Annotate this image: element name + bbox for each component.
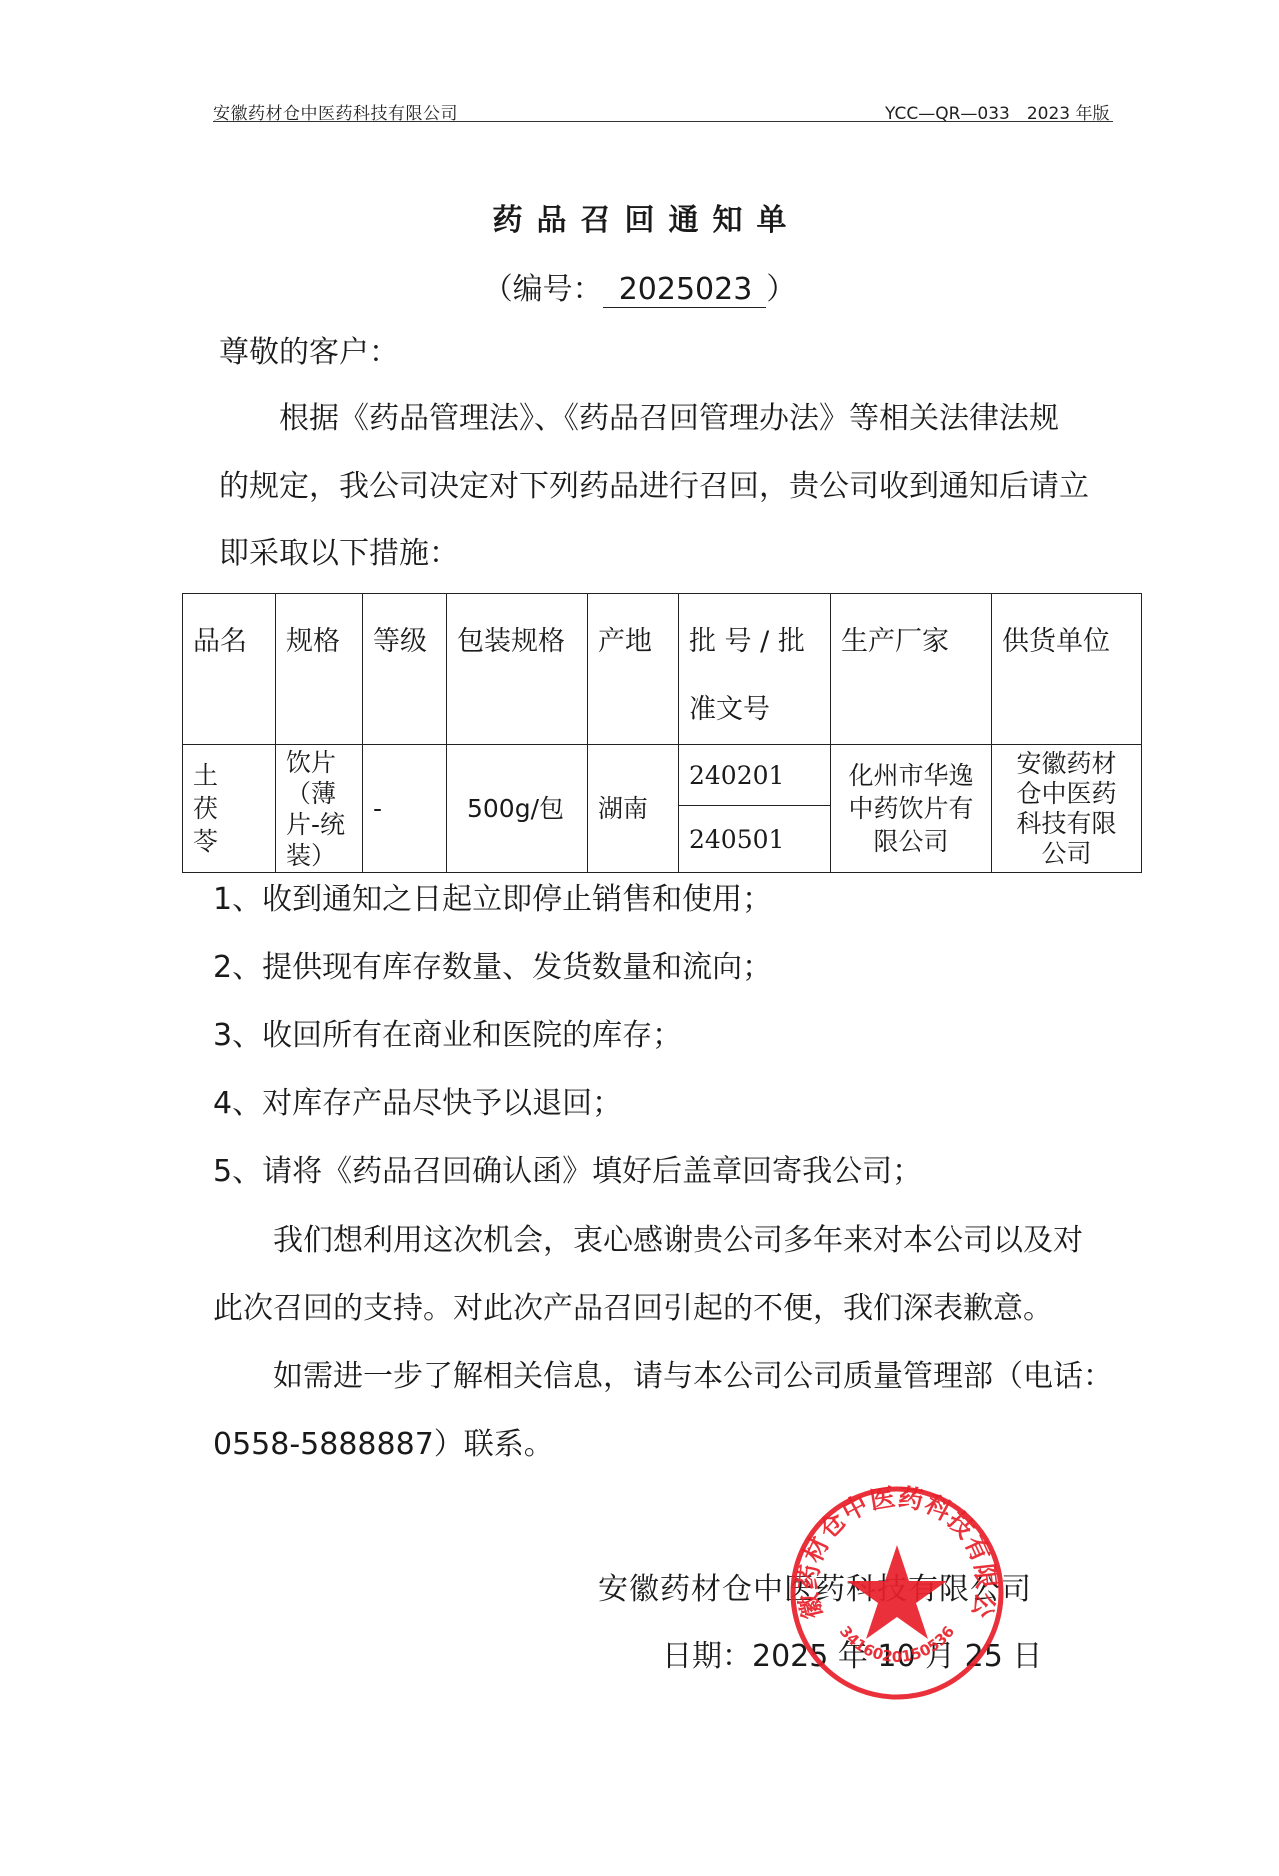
cell-package: 500g/包 xyxy=(447,745,588,873)
intro-line-3: 即采取以下措施： xyxy=(219,537,459,571)
cell-name: 土茯苓 xyxy=(183,745,276,873)
cell-batch-1: 240201 xyxy=(679,745,831,806)
header-batch: 批 号 / 批 准文号 xyxy=(679,594,831,745)
number-suffix: ） xyxy=(766,272,796,307)
header-origin: 产地 xyxy=(588,594,679,745)
intro-line-1: 根据《药品管理法》、《药品召回管理办法》等相关法律法规 xyxy=(219,402,1059,436)
cell-spec: 饮片（薄片-统装） xyxy=(276,745,363,873)
header-manufacturer: 生产厂家 xyxy=(831,594,992,745)
cell-origin: 湖南 xyxy=(588,745,679,873)
measure-3: 3、收回所有在商业和医院的库存； xyxy=(213,1019,682,1053)
closing-line-3: 如需进一步了解相关信息，请与本公司公司质量管理部（电话： xyxy=(213,1360,1113,1394)
seal-code: 3416020150536 xyxy=(836,1623,958,1666)
salutation: 尊敬的客户： xyxy=(219,336,399,370)
cell-grade: - xyxy=(363,745,447,873)
table-row: 土茯苓 饮片（薄片-统装） - 500g/包 湖南 240201 化州市华逸中药… xyxy=(183,745,1142,806)
svg-text:3416020150536: 3416020150536 xyxy=(836,1623,958,1666)
measure-2: 2、提供现有库存数量、发货数量和流向； xyxy=(213,951,772,985)
closing-line-1: 我们想利用这次机会，衷心感谢贵公司多年来对本公司以及对 xyxy=(213,1224,1083,1258)
header-spec: 规格 xyxy=(276,594,363,745)
closing-line-4: 0558-5888887）联系。 xyxy=(213,1428,554,1462)
header-rule xyxy=(213,121,1113,122)
document-title: 药品召回通知单 xyxy=(0,195,1279,239)
measure-1: 1、收到通知之日起立即停止销售和使用； xyxy=(213,883,772,917)
company-seal-icon: 安徽药材仓中医药科技有限公司 3416020150536 xyxy=(787,1483,1007,1703)
measure-4: 4、对库存产品尽快予以退回； xyxy=(213,1087,622,1121)
closing-line-2: 此次召回的支持。对此次产品召回引起的不便，我们深表歉意。 xyxy=(213,1292,1053,1326)
cell-batch-2: 240501 xyxy=(679,806,831,873)
header-package: 包装规格 xyxy=(447,594,588,745)
header-supplier: 供货单位 xyxy=(992,594,1142,745)
header-name: 品名 xyxy=(183,594,276,745)
table-header-row: 品名 规格 等级 包装规格 产地 批 号 / 批 准文号 生产厂家 供货单位 xyxy=(183,594,1142,745)
document-number: （编号：2025023） xyxy=(0,264,1279,308)
recall-table: 品名 规格 等级 包装规格 产地 批 号 / 批 准文号 生产厂家 供货单位 土… xyxy=(182,593,1142,873)
intro-line-2: 的规定，我公司决定对下列药品进行召回，贵公司收到通知后请立 xyxy=(219,470,1089,504)
measure-5: 5、请将《药品召回确认函》填好后盖章回寄我公司； xyxy=(213,1155,922,1189)
cell-supplier: 安徽药材仓中医药科技有限公司 xyxy=(992,745,1142,873)
header-grade: 等级 xyxy=(363,594,447,745)
number-prefix: （编号： xyxy=(483,272,603,307)
cell-manufacturer: 化州市华逸中药饮片有限公司 xyxy=(831,745,992,873)
number-value: 2025023 xyxy=(603,273,767,308)
